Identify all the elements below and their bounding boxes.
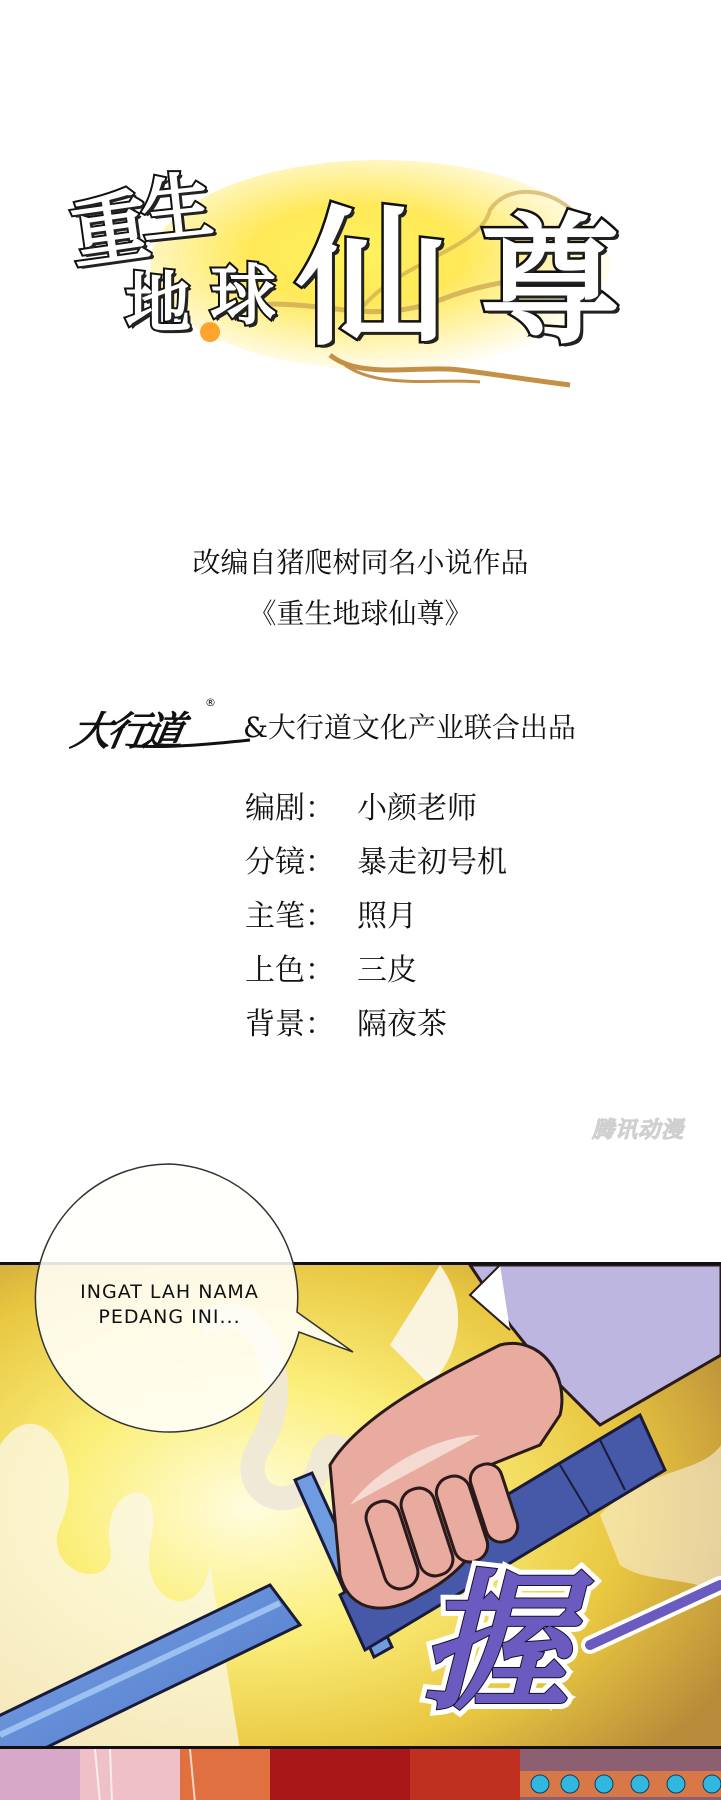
- credit-scriptwriter: 编剧：小颜老师: [245, 783, 477, 827]
- credit-colorist: 上色：三皮: [245, 945, 417, 989]
- registered-mark: ®: [205, 696, 216, 709]
- credit-role: 分镜：: [245, 837, 357, 881]
- credit-lead-artist: 主笔：照月: [245, 891, 417, 935]
- credit-name: 小颜老师: [357, 791, 477, 826]
- logo-char-qiu: 球: [210, 242, 276, 337]
- credit-name: 暴走初号机: [357, 845, 507, 880]
- credit-role: 主笔：: [245, 891, 357, 935]
- credit-background: 背景：隔夜茶: [245, 999, 447, 1043]
- logo-char-zun: 尊: [480, 170, 620, 371]
- comic-panel-next: [0, 1746, 721, 1800]
- credit-name: 隔夜茶: [357, 1007, 447, 1042]
- speech-line-2: PEDANG INI...: [52, 1305, 287, 1330]
- publisher-logo: 大行道 ®: [72, 696, 244, 756]
- logo-char-xian: 仙: [296, 158, 446, 374]
- watermark: 腾讯动漫: [592, 1113, 684, 1144]
- speech-bubble-text: INGAT LAH NAMA PEDANG INI...: [52, 1280, 287, 1330]
- panel-next-illustration: [0, 1749, 721, 1800]
- credit-role: 背景：: [245, 999, 357, 1043]
- logo-char-sheng: 生: [135, 147, 217, 258]
- speech-line-1: INGAT LAH NAMA: [52, 1280, 287, 1305]
- title-logo: 重 生 地 球 仙 尊: [60, 140, 670, 400]
- novel-title: 《重生地球仙尊》: [0, 600, 721, 628]
- credit-name: 照月: [357, 899, 417, 934]
- credit-role: 上色：: [245, 945, 357, 989]
- publisher-line: &大行道文化产业联合出品: [243, 714, 576, 742]
- adaptation-line: 改编自猪爬树同名小说作品: [0, 549, 721, 577]
- logo-char-di: 地: [125, 250, 191, 345]
- credit-storyboard: 分镜：暴走初号机: [245, 837, 507, 881]
- signature-underline: [132, 732, 252, 752]
- svg-text:握: 握: [420, 1555, 594, 1731]
- credit-name: 三皮: [357, 953, 417, 988]
- credit-role: 编剧：: [245, 783, 357, 827]
